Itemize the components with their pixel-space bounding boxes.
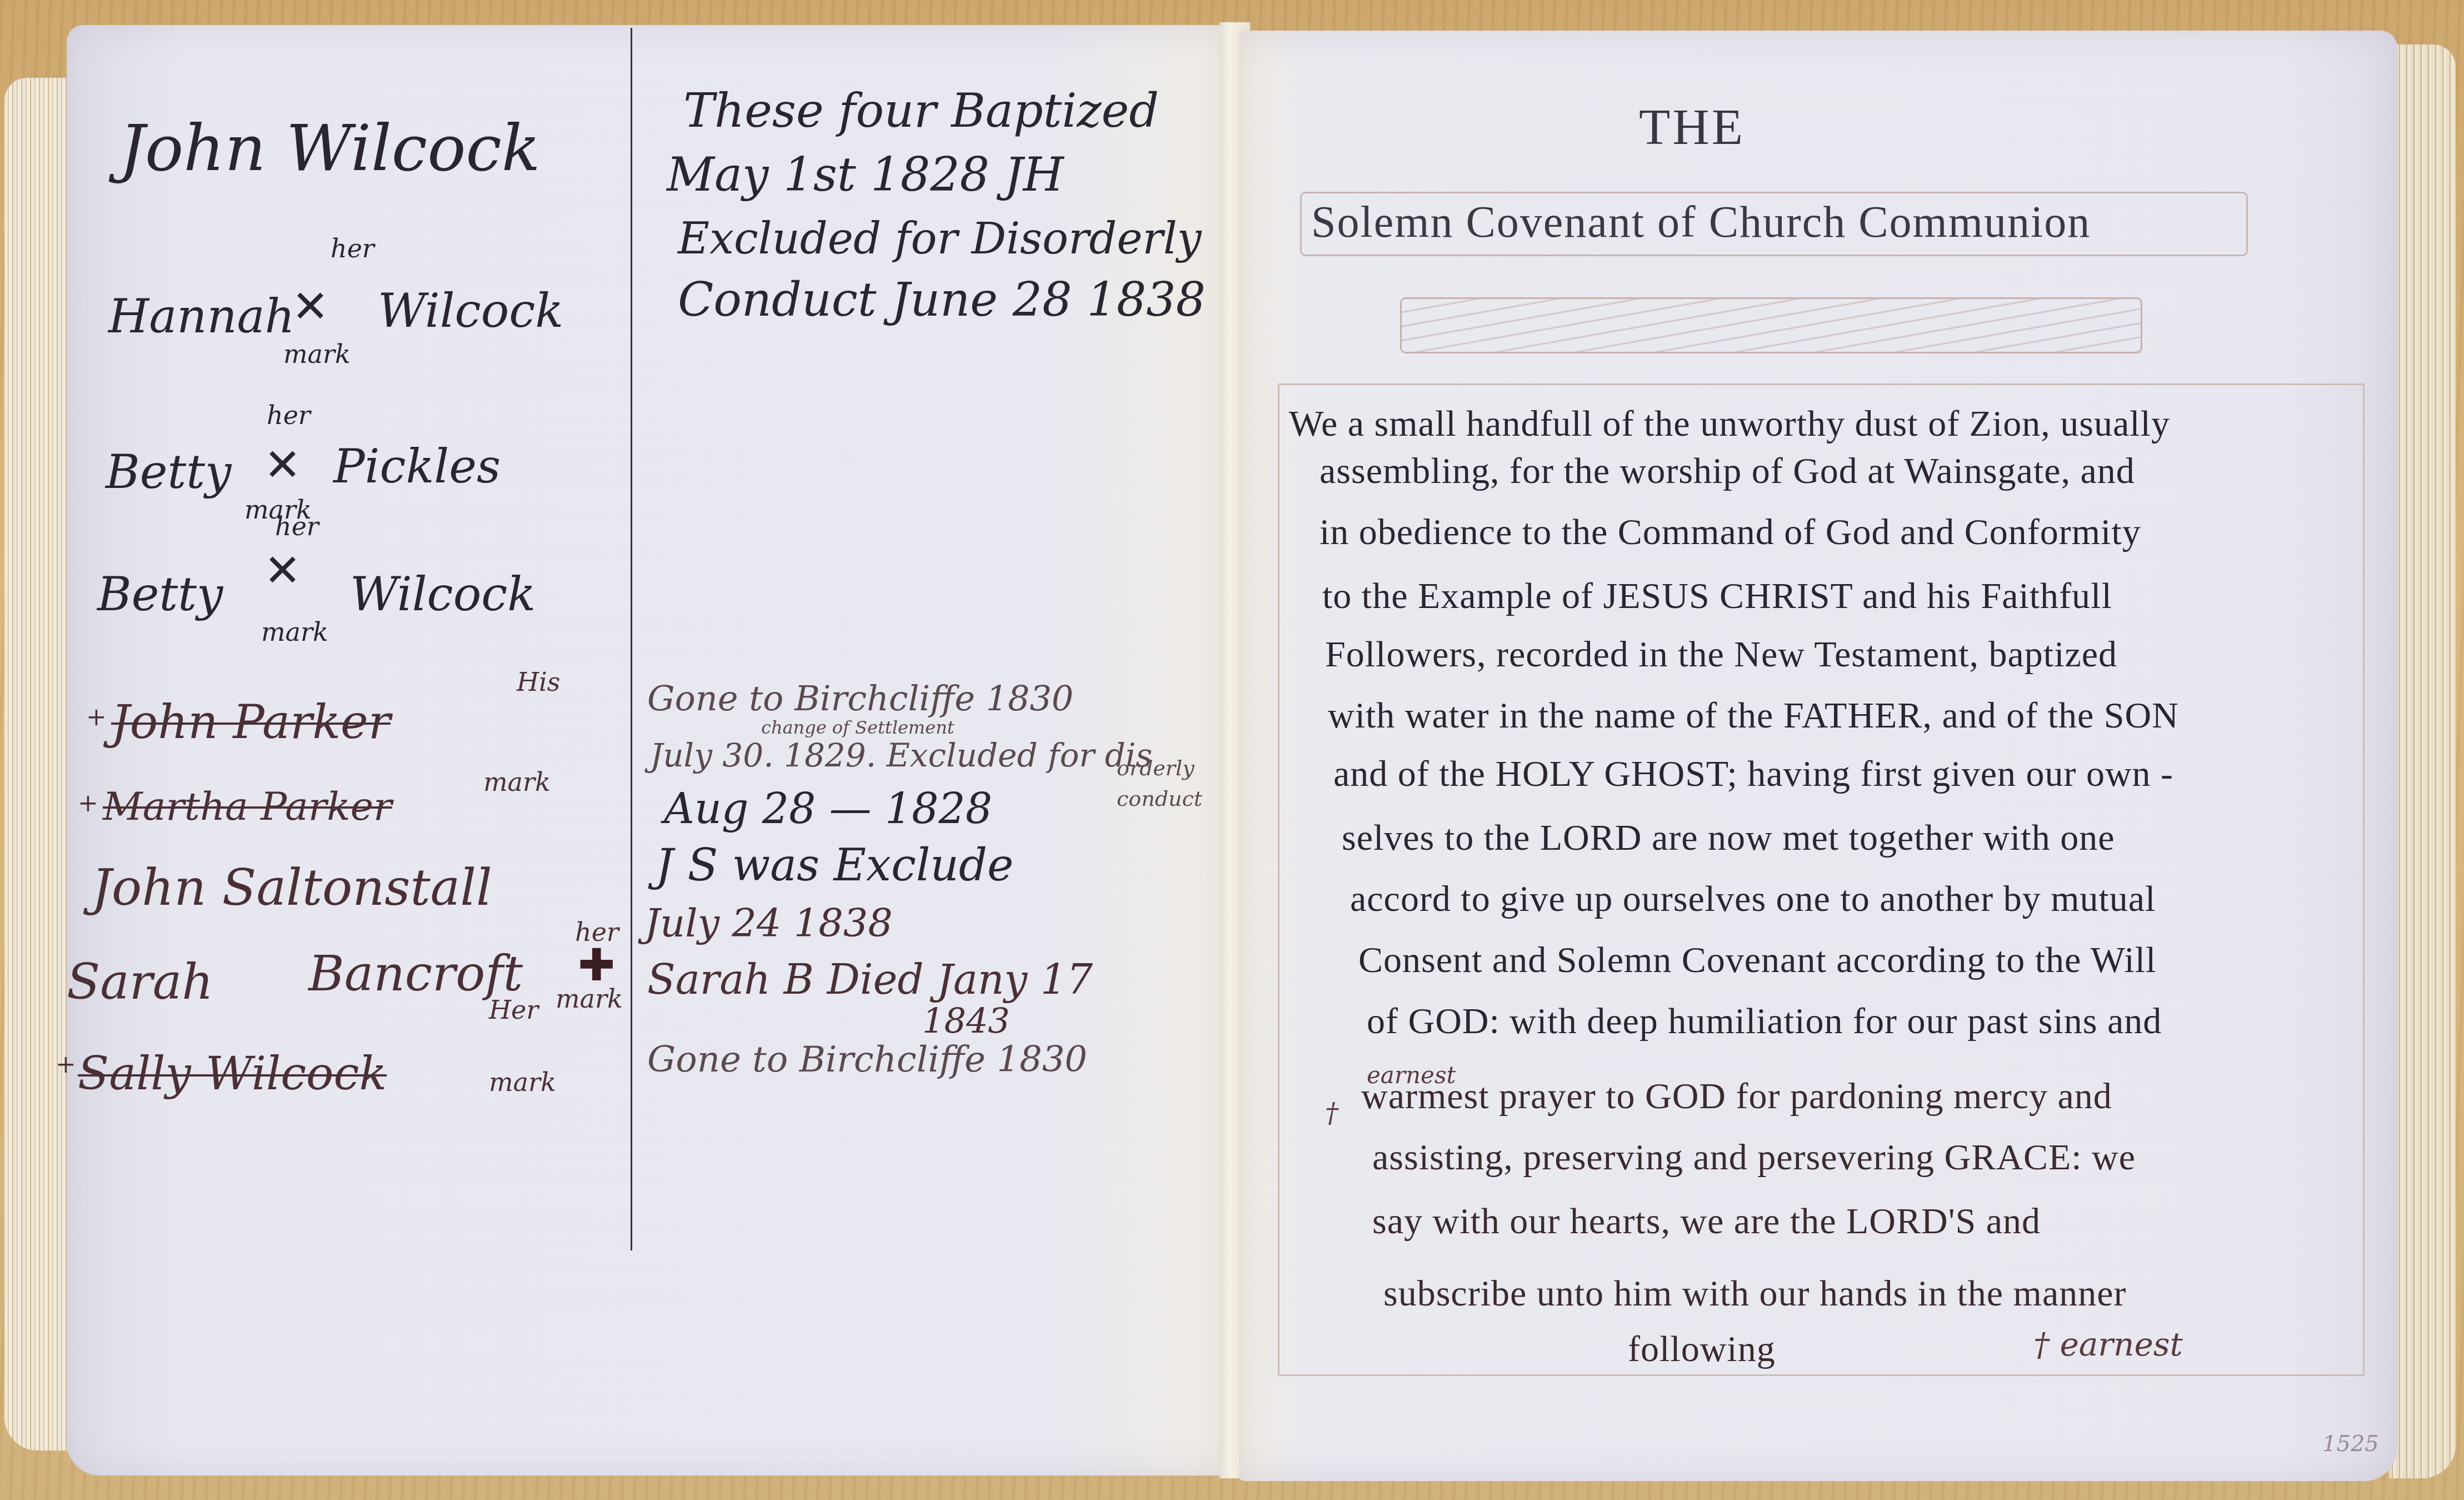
title-solemn-covenant: Solemn Covenant of Church Communion [1311,197,2091,248]
prefix-plus: + [86,703,107,731]
cross-mark-icon: ✕ [264,545,301,596]
mark-label-mark: mark [556,984,623,1014]
covenant-line: with water in the name of the FATHER, an… [1328,695,2179,737]
covenant-line: say with our hearts, we are the LORD'S a… [1372,1200,2041,1243]
signature-last-name: Bancroft [308,945,523,1002]
note-baptized-line-3: Excluded for Disorderly [678,214,1202,264]
mark-label-mark: mark [489,1067,556,1097]
signature-last-name: Pickles [333,439,501,494]
mark-label-mark: mark [283,339,351,369]
signature-first-name: Betty [106,445,231,499]
mark-label-her: her [331,233,374,263]
page-number: 1525 [2322,1431,2379,1457]
signature-first-name: Sarah [67,953,213,1010]
signature-struck-sally-wilcock: Sally Wilcock [78,1048,387,1100]
mark-label-mark: mark [483,767,551,797]
annotation-earnest: earnest [1367,1062,1456,1089]
signature-john-wilcock: John Wilcock [119,111,541,186]
note-sarah-died-year: 1843 [922,1000,1010,1041]
signature-last-name: Wilcock [350,567,536,621]
covenant-line: assembling, for the worship of God at Wa… [1320,450,2135,492]
cross-mark-icon: ✕ [264,439,301,491]
covenant-line: of GOD: with deep humiliation for our pa… [1367,1000,2162,1043]
annotation-dagger-icon: † [1325,1098,1338,1129]
note-july-1829: July 30. 1829. Excluded for dis [650,736,1152,774]
signature-last-name: Wilcock [378,283,563,338]
signature-struck-martha-parker: Martha Parker [103,784,392,829]
mark-label-her: her [275,511,319,541]
note-july-1838: July 24 1838 [644,900,893,946]
covenant-line: assisting, preserving and persevering GR… [1372,1137,2136,1179]
covenant-line: We a small handfull of the unworthy dust… [1289,403,2170,445]
covenant-line: Followers, recorded in the New Testament… [1325,634,2117,676]
signature-john-saltonstall: John Saltonstall [92,859,492,917]
mark-label-her: Her [489,995,538,1025]
note-js-excluded: J S was Exclude [656,839,1013,891]
note-conduct: conduct [1117,786,1202,811]
note-change-of-settlement: change of Settlement [761,717,954,738]
note-aug-1828: Aug 28 — 1828 [664,784,992,833]
mark-label-her: her [267,400,311,430]
note-baptized-line-2: May 1st 1828 JH [667,147,1064,202]
note-baptized-line-1: These four Baptized [683,83,1159,138]
signature-first-name: Hannah [108,289,295,343]
covenant-line: subscribe unto him with our hands in the… [1383,1273,2126,1315]
covenant-line: warmest prayer to GOD for pardoning merc… [1361,1075,2112,1118]
signature-first-name: Betty [97,567,223,621]
note-birchcliffe-1: Gone to Birchcliffe 1830 [647,678,1073,719]
covenant-line: Consent and Solemn Covenant according to… [1358,939,2156,981]
covenant-line: accord to give up ourselves one to anoth… [1350,878,2156,920]
note-orderly: orderly [1117,756,1194,780]
covenant-line: to the Example of JESUS CHRIST and his F… [1322,575,2112,617]
prefix-plus: + [56,1050,76,1079]
title-the: THE [1639,97,1745,156]
covenant-line: in obedience to the Command of God and C… [1320,511,2141,554]
column-divider-line [631,28,632,1250]
cross-mark-icon: ✕ [292,281,329,332]
covenant-line: following [1628,1328,1776,1371]
mark-label-mark: mark [261,617,328,647]
footnote-earnest: † earnest [2033,1325,2183,1363]
note-birchcliffe-2: Gone to Birchcliffe 1830 [647,1039,1087,1080]
signature-struck-john-parker: John Parker [111,695,391,749]
mark-label-his: His [517,667,560,697]
covenant-line: and of the HOLY GHOST; having first give… [1333,753,2173,795]
decorative-ornament-bar [1400,297,2142,353]
prefix-plus: + [78,789,98,818]
covenant-line: selves to the LORD are now met together … [1342,817,2115,859]
right-page-stack [2389,44,2456,1478]
note-sarah-died: Sarah B Died Jany 17 [647,956,1093,1004]
note-baptized-line-4: Conduct June 28 1838 [678,272,1206,327]
